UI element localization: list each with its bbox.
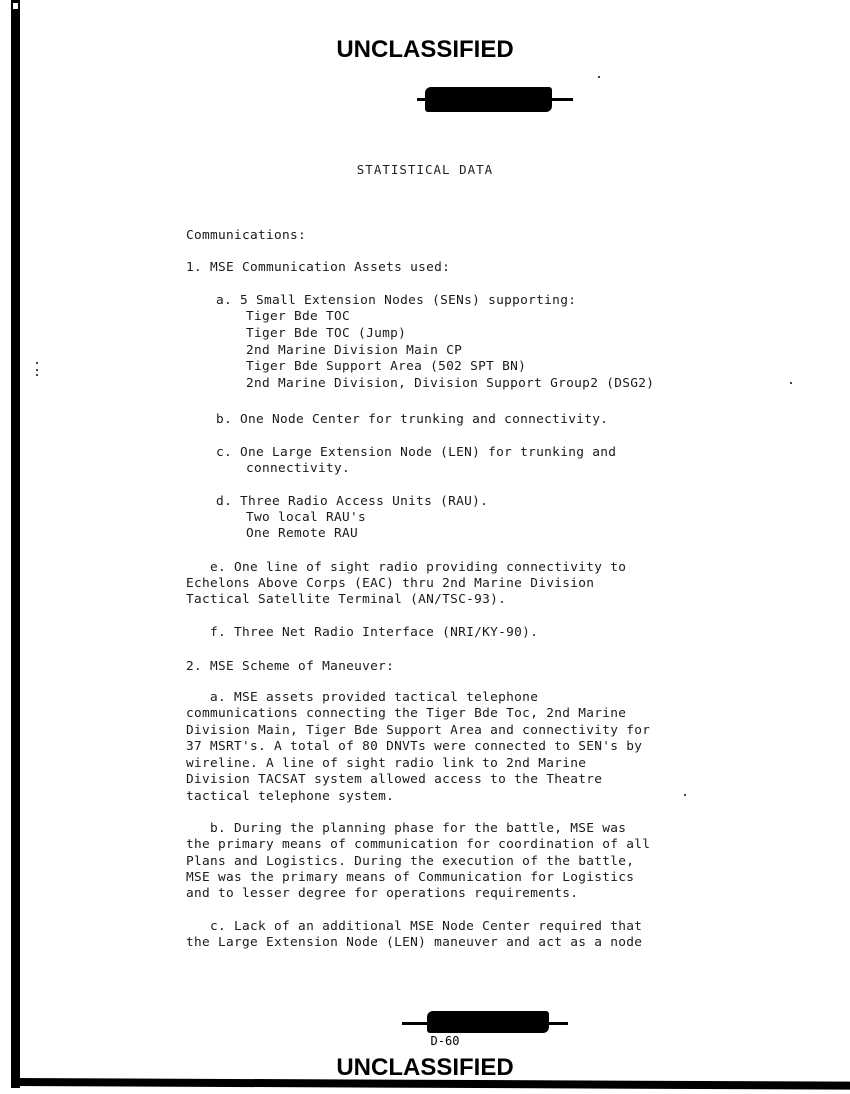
item2c-line: the Large Extension Node (LEN) maneuver … bbox=[186, 935, 642, 951]
item2b-line: Plans and Logistics. During the executio… bbox=[186, 854, 634, 870]
item1e-line: Echelons Above Corps (EAC) thru 2nd Mari… bbox=[186, 576, 594, 592]
item1e-line: e. One line of sight radio providing con… bbox=[186, 560, 626, 576]
section-heading: Communications: bbox=[186, 228, 306, 244]
scan-speck bbox=[790, 382, 792, 384]
scan-speck bbox=[36, 362, 38, 364]
document-title: STATISTICAL DATA bbox=[0, 162, 850, 177]
item1f-text: f. Three Net Radio Interface (NRI/KY-90)… bbox=[186, 625, 538, 641]
item1e-line: Tactical Satellite Terminal (AN/TSC-93). bbox=[186, 592, 506, 608]
item2a-line: Division Main, Tiger Bde Support Area an… bbox=[186, 723, 650, 739]
item1a-sub: Tiger Bde TOC bbox=[246, 309, 350, 325]
item1a-sub: 2nd Marine Division, Division Support Gr… bbox=[246, 376, 654, 392]
item2a-line: a. MSE assets provided tactical telephon… bbox=[186, 690, 538, 706]
classification-footer: UNCLASSIFIED bbox=[0, 1054, 850, 1082]
item1c-line: connectivity. bbox=[246, 461, 350, 477]
item1a-sub: Tiger Bde Support Area (502 SPT BN) bbox=[246, 359, 526, 375]
item2-heading: 2. MSE Scheme of Maneuver: bbox=[186, 659, 394, 675]
page-number: D-60 bbox=[0, 1034, 850, 1048]
item1c-line: c. One Large Extension Node (LEN) for tr… bbox=[216, 445, 616, 461]
item2a-line: Division TACSAT system allowed access to… bbox=[186, 772, 602, 788]
item2a-line: communications connecting the Tiger Bde … bbox=[186, 706, 626, 722]
item1d-text: d. Three Radio Access Units (RAU). bbox=[216, 494, 488, 510]
item2b-line: and to lesser degree for operations requ… bbox=[186, 886, 578, 902]
item2a-line: wireline. A line of sight radio link to … bbox=[186, 756, 586, 772]
item2a-line: 37 MSRT's. A total of 80 DNVTs were conn… bbox=[186, 739, 642, 755]
scan-speck bbox=[684, 794, 686, 796]
classification-header: UNCLASSIFIED bbox=[0, 36, 850, 64]
item1a-sub: Tiger Bde TOC (Jump) bbox=[246, 326, 406, 342]
item2a-line: tactical telephone system. bbox=[186, 789, 394, 805]
scan-speck bbox=[36, 369, 38, 371]
item1a-sub: 2nd Marine Division Main CP bbox=[246, 343, 462, 359]
item1a-text: a. 5 Small Extension Nodes (SENs) suppor… bbox=[216, 293, 576, 309]
scan-corner-mark bbox=[12, 2, 19, 10]
item2b-line: the primary means of communication for c… bbox=[186, 837, 650, 853]
item1d-sub: Two local RAU's bbox=[246, 510, 366, 526]
item1b-text: b. One Node Center for trunking and conn… bbox=[216, 412, 608, 428]
item2b-line: b. During the planning phase for the bat… bbox=[186, 821, 626, 837]
scan-speck bbox=[36, 374, 38, 376]
item1-heading: 1. MSE Communication Assets used: bbox=[186, 260, 450, 276]
item1d-sub: One Remote RAU bbox=[246, 526, 358, 542]
item2c-line: c. Lack of an additional MSE Node Center… bbox=[186, 919, 642, 935]
item2b-line: MSE was the primary means of Communicati… bbox=[186, 870, 634, 886]
scan-speck bbox=[598, 76, 600, 78]
